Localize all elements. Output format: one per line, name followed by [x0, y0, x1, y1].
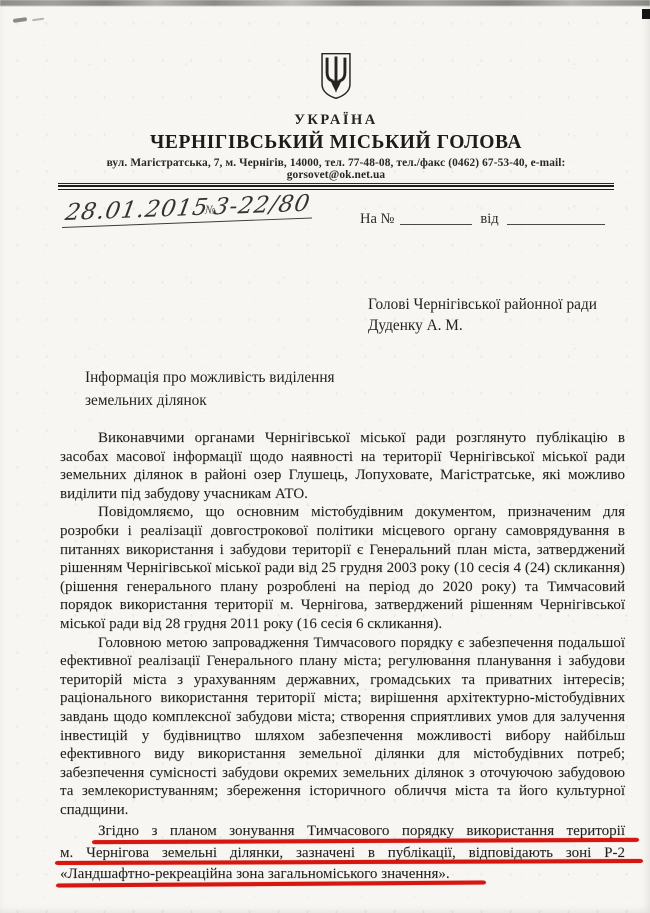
country-name: УКРАЇНА [22, 112, 650, 129]
subject-line-2: земельних ділянок [85, 389, 650, 412]
from-label: від [480, 211, 498, 227]
handwritten-reference: 28.01.2015№3-22/80 [62, 191, 317, 228]
handwritten-number: 3-22/80 [210, 191, 316, 223]
highlighted-line-2: м. Чернігова земельні ділянки, зазначені… [60, 843, 625, 865]
address-line: вул. Магістратська, 7, м. Чернігів, 1400… [58, 157, 614, 184]
blank-number-line [400, 211, 472, 225]
paragraph-1: Виконавчими органами Чернігівської міськ… [60, 429, 625, 503]
addressee-line-1: Голові Чернігівської районної ради [368, 294, 650, 315]
paragraph-3: Головною метою запровадження Тимчасового… [60, 634, 625, 820]
addressee-block: Голові Чернігівської районної ради Дуден… [368, 294, 650, 336]
reference-row: 28.01.2015№3-22/80 На №від [60, 198, 612, 248]
paragraph-2: Повідомляємо, що основним містобудівним … [60, 503, 625, 633]
incoming-reference: На №від [360, 211, 605, 228]
letterhead-divider [58, 185, 614, 190]
highlighted-line-1: Згідно з планом зонування Тимчасового по… [60, 821, 625, 843]
highlighted-line-3: «Ландшафтно-рекреаційна зона загальноміс… [60, 864, 625, 886]
letter-body: Виконавчими органами Чернігівської міськ… [60, 429, 625, 886]
letterhead: УКРАЇНА ЧЕРНІГІВСЬКИЙ МІСЬКИЙ ГОЛОВА вул… [0, 0, 650, 190]
on-number-label: На № [360, 211, 394, 227]
handwritten-date: 28.01.2015 [62, 194, 215, 228]
highlighted-paragraph: Згідно з планом зонування Тимчасового по… [60, 821, 625, 886]
subject-block: Інформація про можливість виділення земе… [85, 366, 650, 412]
scan-artifact-top-band [0, 0, 650, 6]
scan-artifact-corner-mark [642, 9, 650, 19]
blank-date-line [507, 211, 605, 225]
scanned-letter-page: УКРАЇНА ЧЕРНІГІВСЬКИЙ МІСЬКИЙ ГОЛОВА вул… [0, 0, 650, 913]
addressee-line-2: Дуденку А. М. [368, 315, 650, 336]
organization-title: ЧЕРНІГІВСЬКИЙ МІСЬКИЙ ГОЛОВА [22, 132, 650, 154]
subject-line-1: Інформація про можливість виділення [85, 366, 650, 389]
tryzub-icon [318, 52, 354, 100]
